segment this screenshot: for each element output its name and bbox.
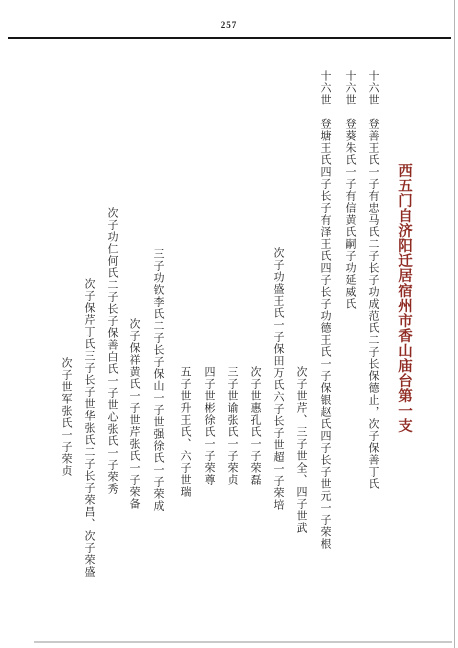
header-rule: [8, 37, 451, 39]
genealogy-column: 四子世彬徐氏一子荣尊: [198, 366, 220, 486]
genealogy-column: 三子世谕张氏一子荣贞: [221, 366, 243, 486]
genealogy-column: 十六世 登葵朱氏一子有信黄氏嗣子功延威氏: [339, 70, 361, 310]
scanned-genealogy-page: 257 西五门自济阳迁居宿州市香山庙台第一支 十六世 登善王氏一子有忠马氏二子长…: [0, 0, 458, 648]
page-right-edge-line: [454, 0, 455, 648]
genealogy-column: 次子保芹丁氏三子长子世华张氏二子长子荣昌、次子荣盛: [78, 278, 100, 578]
page-bottom-shadow: [34, 641, 452, 643]
genealogy-column: 十六世 登塘王氏四子长子有泽王氏四子长子功德王氏一子保银赵氏四子长子世元一子荣根: [314, 70, 336, 550]
genealogy-column: 五子世升王氏、六子世瑞: [174, 366, 196, 498]
genealogy-column: 次子世芹、三子世全、四子世武: [290, 366, 312, 534]
genealogy-column: 次子世惠孔氏一子荣磊: [244, 366, 266, 486]
genealogy-column: 次子功盛王氏一子保田万氏六子长子世超一子荣培: [267, 247, 289, 511]
genealogy-column: 次子世军张氏一子荣贞: [55, 357, 77, 477]
genealogy-column: 三子功钦李氏二子长子保山一子世强徐氏一子荣成: [147, 248, 169, 512]
genealogy-column: 次子保祥黄氏一子世芹张氏一子荣备: [123, 318, 145, 510]
genealogy-column: 次子功仁何氏二子长子保善白氏一子世心张氏一子荣秀: [101, 207, 123, 495]
branch-title: 西五门自济阳迁居宿州市香山庙台第一支: [392, 163, 415, 433]
page-number: 257: [0, 20, 458, 30]
genealogy-column: 十六世 登善王氏一子有忠马氏二子长子功成范氏二子长保德止，次子保善丁氏: [362, 70, 384, 490]
